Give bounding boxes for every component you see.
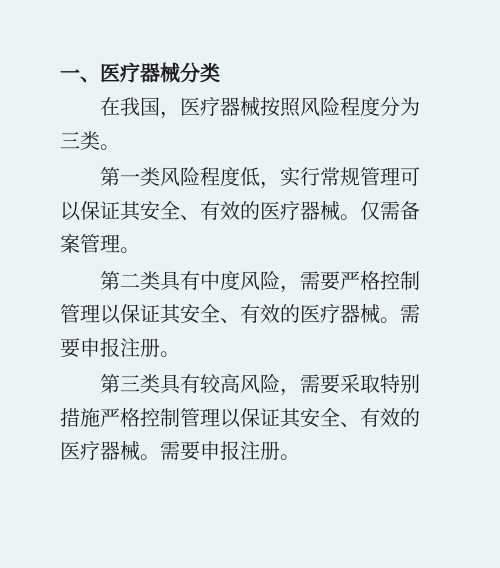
paragraph-intro: 在我国，医疗器械按照风险程度分为三类。 bbox=[60, 91, 422, 158]
document-content: 一、医疗器械分类 在我国，医疗器械按照风险程度分为三类。 第一类风险程度低，实行… bbox=[60, 58, 422, 472]
paragraph-class-one: 第一类风险程度低，实行常规管理可以保证其安全、有效的医疗器械。仅需备案管理。 bbox=[60, 161, 422, 262]
paragraph-class-three: 第三类具有较高风险，需要采取特别措施严格控制管理以保证其安全、有效的医疗器械。需… bbox=[60, 368, 422, 469]
paragraph-class-two: 第二类具有中度风险，需要严格控制管理以保证其安全、有效的医疗器械。需要申报注册。 bbox=[60, 265, 422, 366]
document-page: 一、医疗器械分类 在我国，医疗器械按照风险程度分为三类。 第一类风险程度低，实行… bbox=[0, 0, 500, 568]
section-heading: 一、医疗器械分类 bbox=[60, 58, 422, 88]
